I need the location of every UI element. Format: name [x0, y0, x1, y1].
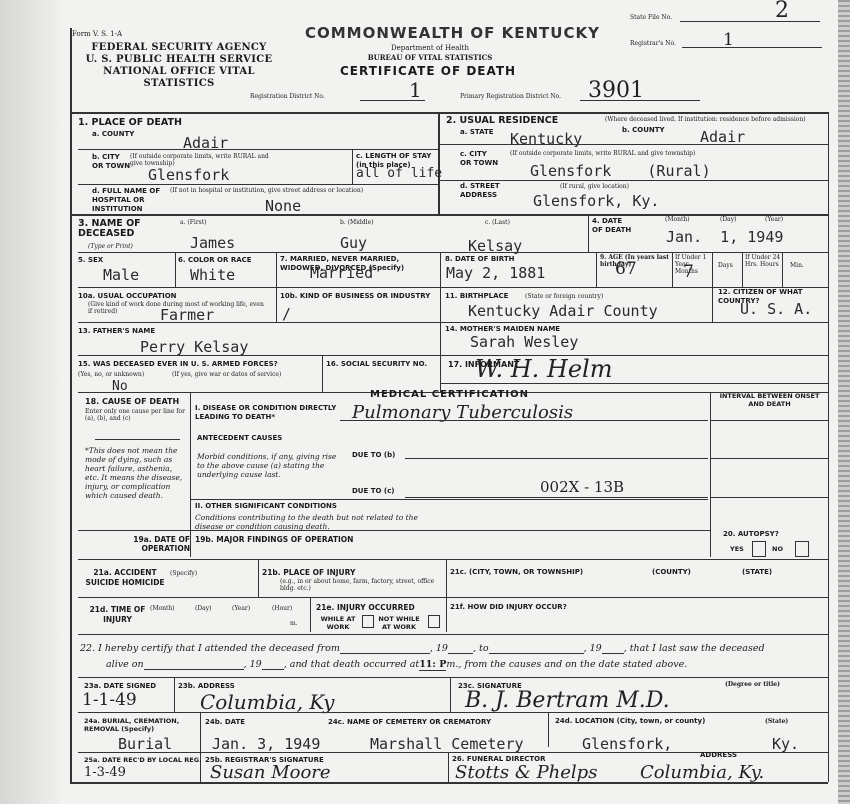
middle-name: Guy — [340, 234, 367, 252]
deceased-note: (Type or Print) — [88, 243, 133, 250]
not-while-at-work-checkbox[interactable] — [428, 615, 440, 628]
rule — [70, 28, 72, 784]
antecedent-label: ANTECEDENT CAUSES — [197, 434, 282, 443]
bureau: BUREAU OF VITAL STATISTICS — [340, 53, 520, 62]
hospital-name: None — [265, 197, 301, 215]
rule — [190, 392, 191, 557]
rule — [828, 112, 829, 782]
certify-text: m., from the causes and on the date stat… — [446, 659, 687, 670]
certify-text: , 19 — [584, 643, 602, 654]
time-of-injury-label: 21d. TIME OF INJURY — [80, 605, 155, 625]
state-file-value: 2 — [775, 0, 789, 23]
rule — [190, 499, 708, 500]
middle-label: b. (Middle) — [340, 219, 374, 226]
medical-heading: MEDICAL CERTIFICATION — [370, 390, 529, 399]
certify-text: , 19 — [430, 643, 448, 654]
autopsy-label: 20. AUTOPSY? — [723, 530, 779, 539]
director-address: Columbia, Ky. — [640, 762, 764, 783]
city-note: (If outside corporate limits, write RURA… — [130, 153, 280, 167]
time-day: (Day) — [195, 605, 211, 612]
agency-line: U. S. PUBLIC HEALTH SERVICE — [68, 54, 290, 66]
rule — [78, 559, 828, 560]
agency-block: FEDERAL SECURITY AGENCY U. S. PUBLIC HEA… — [68, 42, 290, 90]
first-name: James — [190, 234, 235, 252]
operation-date-label: 19a. DATE OF OPERATION — [85, 535, 190, 553]
residence-street: Glensfork, Ky. — [533, 192, 659, 210]
agency-line: FEDERAL SECURITY AGENCY — [68, 42, 290, 54]
certify-text: , and that death occurred at — [284, 659, 419, 670]
rule — [405, 458, 708, 459]
occupation-label: 10a. USUAL OCCUPATION — [78, 292, 278, 301]
father-label: 13. FATHER'S NAME — [78, 327, 155, 336]
blank — [144, 660, 244, 670]
residence-city-label: c. CITY OR TOWN — [460, 150, 500, 168]
agency-line: NATIONAL OFFICE VITAL STATISTICS — [68, 66, 290, 90]
while-at-work-label: WHILE AT WORK — [316, 615, 360, 631]
form-number: Form V. S. 1-A — [72, 30, 122, 38]
rule — [446, 559, 447, 632]
time-of-death: 11: P — [419, 659, 446, 671]
sex-label: 5. SEX — [78, 256, 103, 265]
registrar-value: 1 — [723, 30, 734, 50]
rule — [78, 355, 828, 356]
street-note: (If rural, give location) — [560, 183, 629, 190]
autopsy-no-label: NO — [772, 545, 783, 554]
director-address-label: ADDRESS — [700, 751, 737, 760]
rule — [175, 252, 176, 287]
cemetery-label: 24c. NAME OF CEMETERY OR CREMATORY — [328, 718, 491, 727]
place-of-injury-label: 21b. PLACE OF INJURY — [262, 568, 355, 577]
operation-findings-label: 19b. MAJOR FINDINGS OF OPERATION — [195, 535, 353, 544]
antecedent-note: Morbid conditions, if any, giving rise t… — [197, 452, 337, 479]
sex: Male — [103, 266, 139, 284]
date-of-death: Jan. 1, 1949 — [666, 228, 783, 246]
rule — [440, 383, 828, 384]
rule — [310, 597, 311, 632]
rule — [78, 677, 828, 678]
location-state-label: (State) — [765, 718, 788, 725]
rule — [710, 497, 828, 498]
disease-label: I. DISEASE OR CONDITION DIRECTLY LEADING… — [195, 404, 355, 422]
rule — [78, 530, 710, 531]
deceased-heading: 3. NAME OF DECEASED — [78, 219, 168, 239]
birthplace-label: 11. BIRTHPLACE — [445, 292, 508, 301]
mother-name: Sarah Wesley — [470, 333, 578, 351]
reg-district-label: Registration District No. — [250, 93, 325, 100]
date-received-label: 25a. DATE REC'D BY LOCAL REG. — [84, 756, 202, 765]
how-injury-label: 21f. HOW DID INJURY OCCUR? — [450, 603, 567, 612]
burial-date-label: 24b. DATE — [205, 718, 245, 727]
hours-label: If Under 24 Hrs. Hours — [745, 254, 781, 268]
dod-label: 4. DATE OF DEATH — [592, 217, 632, 235]
father-name: Perry Kelsay — [140, 338, 248, 356]
certify-text: , that I last saw the deceased — [624, 643, 765, 654]
death-certificate: Form V. S. 1-A FEDERAL SECURITY AGENCY U… — [0, 0, 850, 804]
due-to-c-label: DUE TO (c) — [352, 487, 394, 496]
date-of-birth: May 2, 1881 — [446, 264, 545, 282]
rule — [78, 252, 828, 253]
dod-day-label: (Day) — [720, 216, 736, 223]
certify-line-1: 22. I hereby certify that I attended the… — [80, 644, 840, 654]
rule — [78, 634, 828, 635]
rule — [200, 712, 201, 782]
time-month: (Month) — [150, 605, 175, 612]
cemetery: Marshall Cemetery — [370, 735, 524, 753]
other-conditions-label: II. OTHER SIGNIFICANT CONDITIONS — [195, 502, 337, 511]
rule — [174, 677, 175, 712]
registrar-signature: Susan Moore — [210, 762, 331, 783]
days-label: Days — [718, 262, 733, 269]
state-label: a. STATE — [460, 128, 494, 137]
scan-edge-left — [0, 0, 60, 804]
age: 67 — [615, 259, 637, 279]
blank — [340, 644, 430, 654]
months-label: If Under 1 Year Months — [675, 254, 713, 275]
rule — [438, 180, 828, 181]
last-label: c. (Last) — [485, 219, 510, 226]
blank — [602, 644, 624, 654]
certify-line-2: alive on , 19 , and that death occurred … — [106, 660, 846, 670]
length-of-stay: all of life — [356, 166, 442, 181]
injury-county-label: (COUNTY) — [652, 568, 691, 577]
not-while-at-work-label: NOT WHILE AT WORK — [375, 615, 423, 631]
birthplace: Kentucky Adair County — [468, 302, 658, 320]
registrar-line — [682, 46, 822, 48]
hospital-label: d. FULL NAME OF HOSPITAL OR INSTITUTION — [92, 187, 172, 214]
death-city: Glensfork — [148, 166, 229, 184]
autopsy-no-checkbox[interactable] — [795, 541, 809, 557]
rule — [448, 752, 449, 782]
rule — [95, 439, 180, 440]
time-m: m. — [290, 620, 298, 627]
cause-footnote: *This does not mean the mode of dying, s… — [85, 446, 185, 500]
cause-note: Enter only one cause per line for (a), (… — [85, 408, 185, 422]
primary-district-value: 3901 — [588, 78, 644, 103]
min-label: Min. — [790, 262, 804, 269]
dob-label: 8. DATE OF BIRTH — [445, 255, 514, 264]
rule — [78, 149, 438, 150]
marital-status: Married — [310, 264, 373, 282]
autopsy-yes-checkbox[interactable] — [752, 541, 766, 557]
rule — [70, 214, 828, 216]
rule — [78, 597, 828, 598]
rule — [438, 112, 440, 214]
armed-note-1: (Yes, no, or unknown) — [78, 371, 144, 378]
injury-state-label: (STATE) — [742, 568, 772, 577]
while-at-work-checkbox[interactable] — [362, 615, 374, 628]
funeral-director: Stotts & Phelps — [455, 762, 597, 783]
citizenship: U. S. A. — [740, 300, 812, 318]
place-of-death-heading: 1. PLACE OF DEATH — [78, 118, 182, 127]
time-hour: (Hour) — [272, 605, 292, 612]
street-label: d. STREET ADDRESS — [460, 182, 520, 200]
residence-heading: 2. USUAL RESIDENCE — [446, 116, 558, 125]
date-signed: 1-1-49 — [82, 690, 137, 710]
rule — [78, 287, 828, 288]
blank — [448, 644, 473, 654]
burial-date: Jan. 3, 1949 — [212, 735, 320, 753]
physician-address: Columbia, Ky — [200, 690, 334, 714]
certify-text: , 19 — [244, 659, 262, 670]
race-label: 6. COLOR OR RACE — [178, 256, 252, 265]
certificate-title: CERTIFICATE OF DEATH — [340, 64, 516, 78]
rule — [672, 252, 673, 287]
residence-city-note: (If outside corporate limits, write RURA… — [510, 150, 810, 157]
accident-specify: (Specify) — [170, 570, 197, 577]
reg-district-value: 1 — [409, 78, 422, 102]
certify-text: alive on — [106, 659, 144, 670]
rule — [78, 322, 828, 323]
burial-method-label: 24a. BURIAL, CREMATION, REMOVAL (Specify… — [84, 717, 194, 733]
rule — [405, 497, 708, 498]
cause-label: 18. CAUSE OF DEATH — [85, 397, 179, 406]
rule — [352, 150, 353, 184]
interval-label: INTERVAL BETWEEN ONSET AND DEATH — [717, 392, 822, 408]
blank — [489, 644, 584, 654]
rule — [596, 252, 597, 287]
first-label: a. (First) — [180, 219, 207, 226]
rule — [710, 458, 828, 459]
certify-text: 22. I hereby certify that I attended the… — [80, 643, 340, 654]
birthplace-note: (State or foreign country) — [525, 293, 603, 300]
registrar-label: Registrar's No. — [630, 40, 676, 47]
state-file-line — [680, 20, 820, 22]
rule — [742, 252, 743, 287]
county-label: a. COUNTY — [92, 130, 134, 139]
race: White — [190, 266, 235, 284]
accident-label: 21a. ACCIDENT SUICIDE HOMICIDE — [85, 568, 165, 588]
armed-note-2: (If yes, give war or dates of service) — [172, 371, 281, 378]
date-received: 1-3-49 — [84, 765, 126, 780]
blank — [262, 660, 284, 670]
burial-method: Burial — [118, 735, 172, 753]
rule — [70, 112, 828, 114]
rule — [712, 252, 713, 287]
rule — [710, 392, 711, 557]
rule — [258, 559, 259, 597]
rule — [712, 287, 713, 322]
document-title: COMMONWEALTH OF KENTUCKY — [305, 24, 600, 42]
rule — [440, 322, 441, 392]
business: / — [282, 305, 291, 323]
primary-district-label: Primary Registration District No. — [460, 93, 561, 100]
location-label: 24d. LOCATION (City, town, or county) — [555, 717, 705, 726]
rule — [78, 712, 828, 713]
rule — [548, 712, 549, 747]
cause-code: 002X - 13B — [540, 478, 624, 496]
state-file-label: State File No. — [630, 14, 672, 21]
rule — [340, 420, 708, 421]
dod-year-label: (Year) — [765, 216, 783, 223]
residence-state: Kentucky — [510, 130, 582, 148]
certify-text: , to — [473, 643, 489, 654]
burial-location: Glensfork, — [582, 735, 672, 753]
degree-title-label: (Degree or title) — [725, 681, 780, 688]
rule — [78, 184, 438, 185]
injury-occurred-label: 21e. INJURY OCCURRED — [316, 603, 415, 612]
rule — [588, 214, 589, 252]
residence-note: (Where deceased lived. If institution: r… — [605, 116, 815, 123]
burial-state: Ky. — [772, 735, 799, 753]
due-to-b-label: DUE TO (b) — [352, 451, 395, 460]
armed-label: 15. WAS DECEASED EVER IN U. S. ARMED FOR… — [78, 360, 318, 369]
residence-county-label: b. COUNTY — [622, 126, 665, 135]
business-label: 10b. KIND OF BUSINESS OR INDUSTRY — [280, 292, 440, 301]
ssn-label: 16. SOCIAL SECURITY NO. — [326, 360, 436, 369]
residence-city: Glensfork (Rural) — [530, 162, 711, 180]
city-label: b. CITY OR TOWN — [92, 153, 132, 171]
rule — [782, 252, 783, 287]
autopsy-yes-label: YES — [730, 545, 744, 554]
rule — [710, 420, 828, 421]
informant-signature: W. H. Helm — [475, 355, 612, 383]
age-months: 7 — [683, 262, 694, 282]
hospital-note: (If not in hospital or institution, give… — [170, 187, 420, 194]
scan-edge-right — [838, 0, 850, 804]
department: Department of Health — [360, 44, 500, 52]
time-year: (Year) — [232, 605, 250, 612]
other-conditions-note: Conditions contributing to the death but… — [195, 513, 445, 531]
injury-city-label: 21c. (CITY, TOWN, OR TOWNSHIP) — [450, 568, 583, 577]
rule — [450, 677, 451, 712]
physician-signature: B. J. Bertram M.D. — [465, 688, 670, 713]
rule — [322, 355, 323, 392]
place-of-injury-note: (e.g., in or about home, farm, factory, … — [280, 578, 450, 592]
dod-month-label: (Month) — [665, 216, 690, 223]
rule — [438, 144, 828, 145]
